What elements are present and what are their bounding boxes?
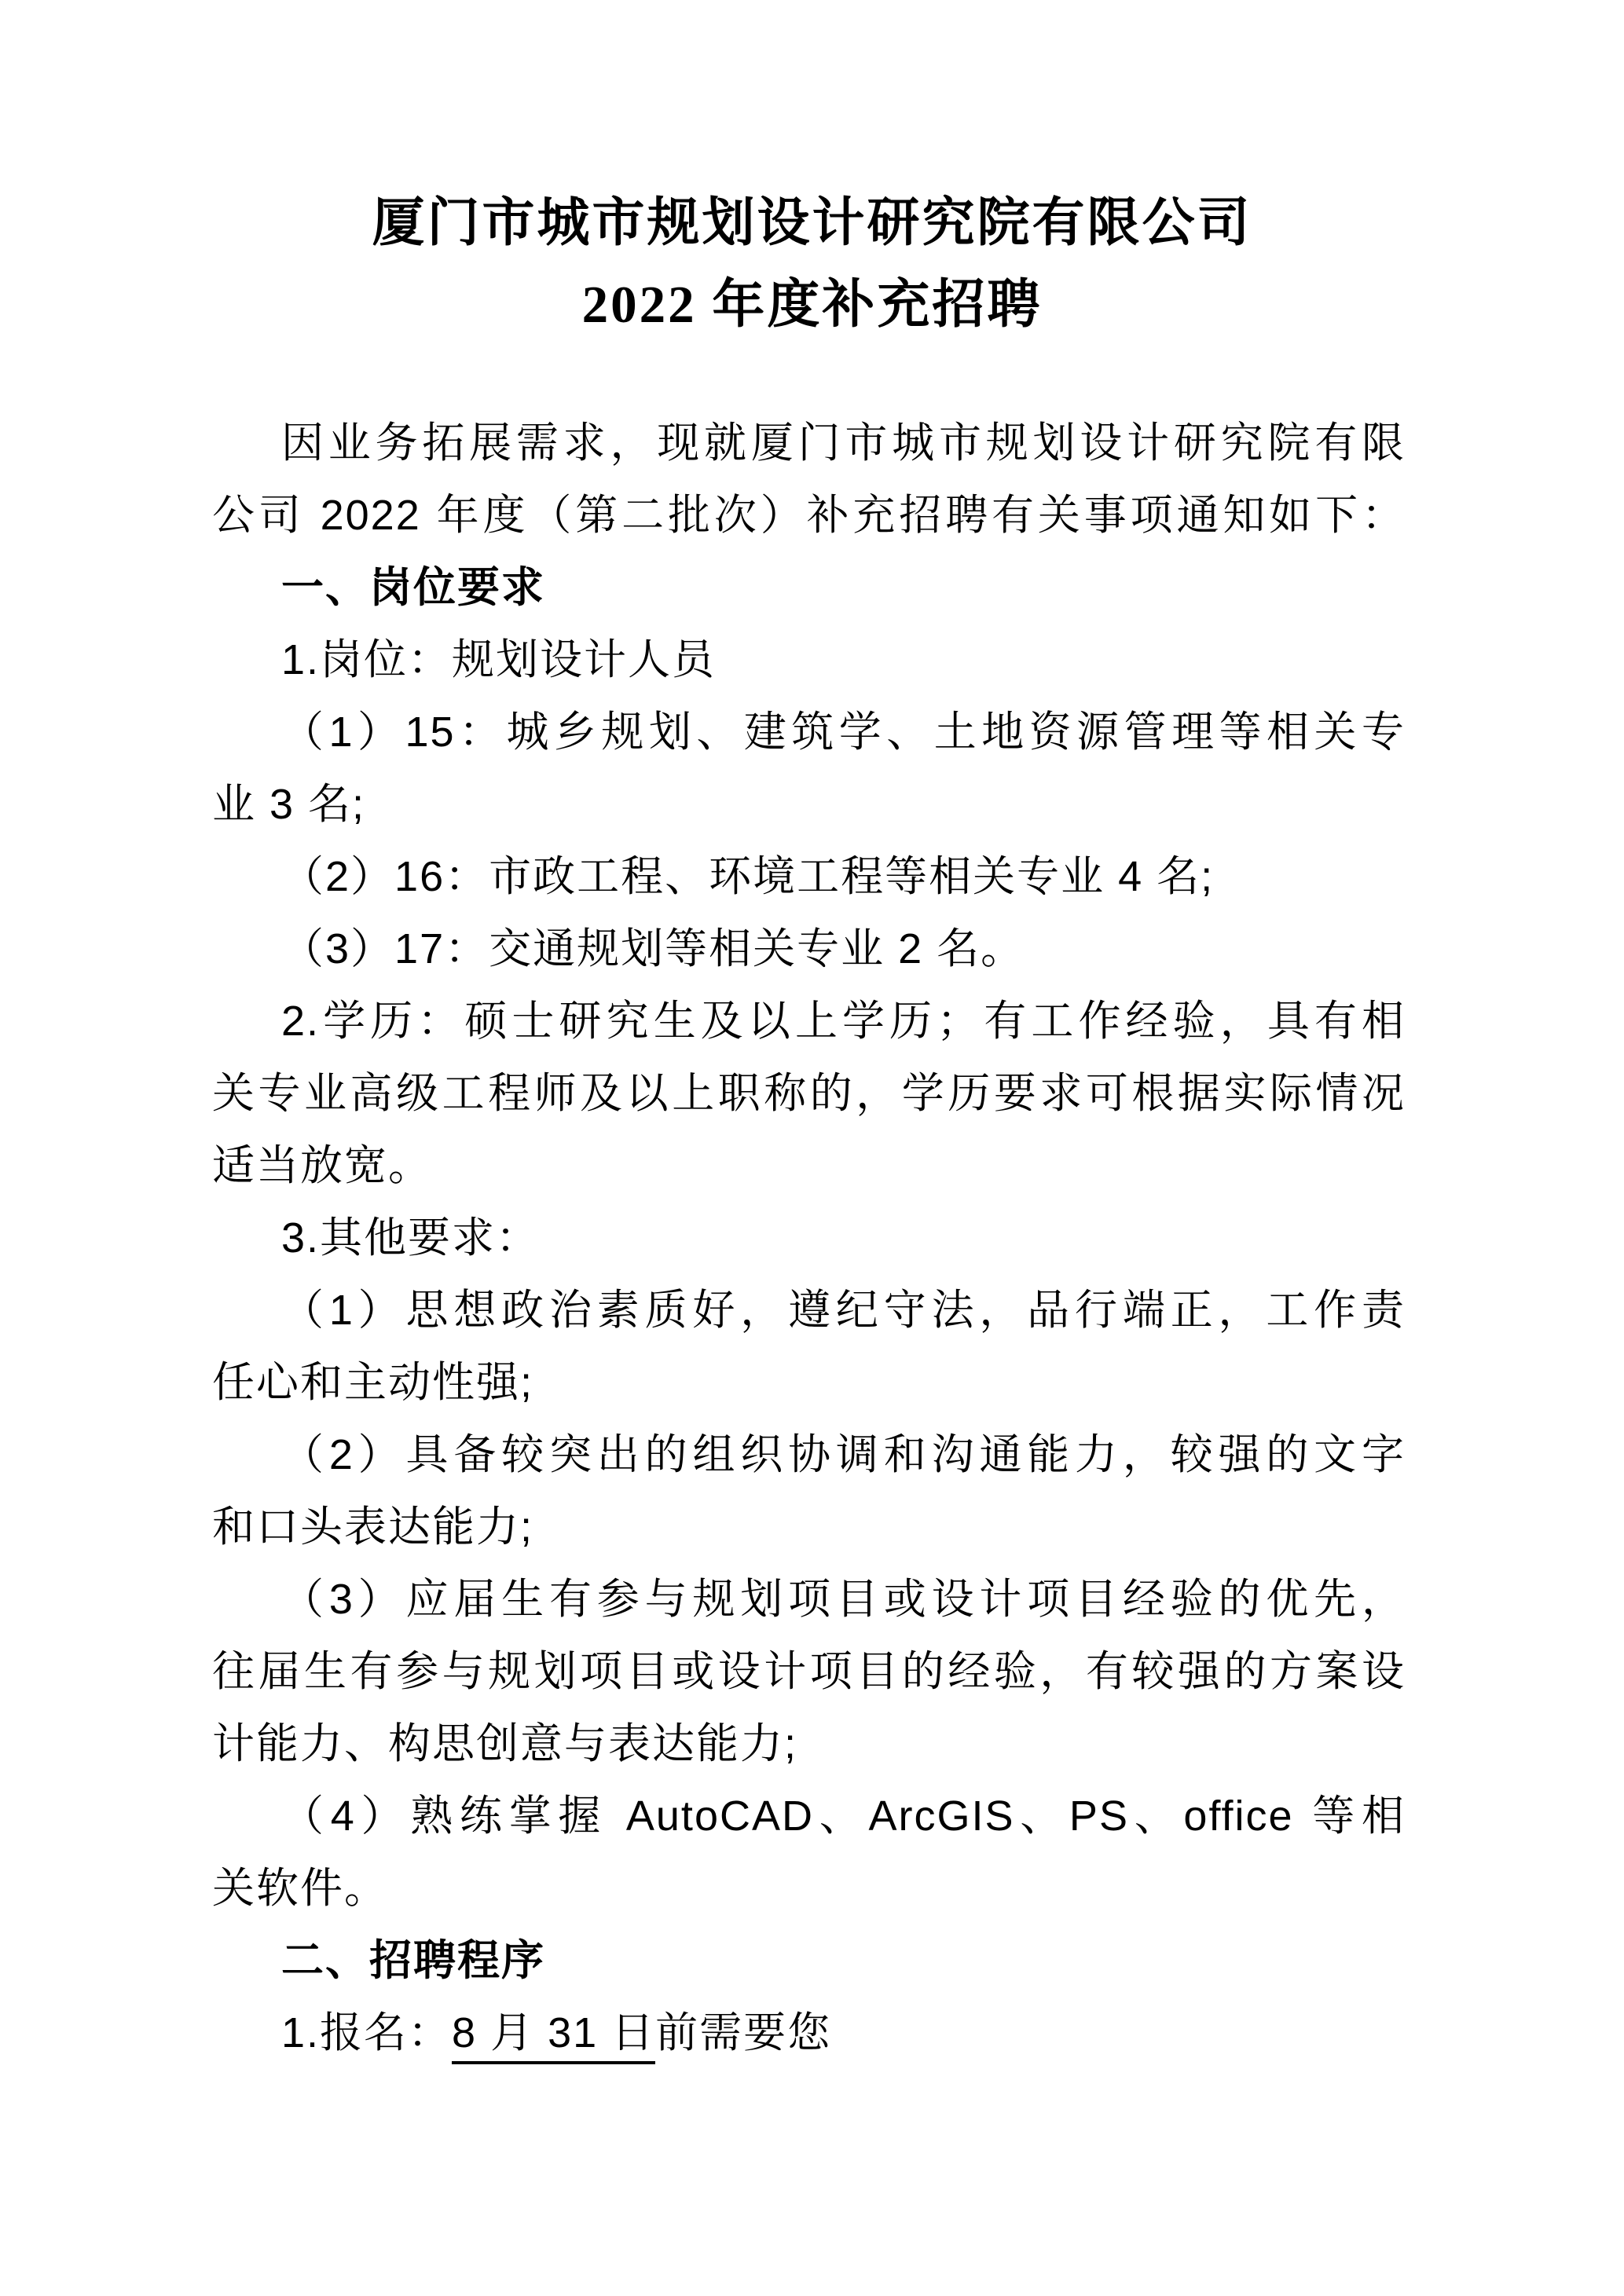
signup-prefix: 1.报名： [281,2009,452,2056]
document-page: 厦门市城市规划设计研究院有限公司 2022 年度补充招聘 因业务拓展需求，现就厦… [0,0,1624,2296]
intro-paragraph: 因业务拓展需求，现就厦门市城市规划设计研究院有限 公司 2022 年度（第二批次… [212,407,1406,551]
position-sub2-line: （2）16：市政工程、环境工程等相关专业 4 名; [212,840,1406,913]
document-title: 厦门市城市规划设计研究院有限公司 2022 年度补充招聘 [0,0,1624,346]
signup-deadline-date: 8 月 31 日 [452,2009,655,2064]
signup-suffix: 前需要您 [655,2009,831,2056]
other-sub1-line: （1）思想政治素质好，遵纪守法，品行端正，工作责 [212,1274,1406,1346]
other-sub4-line: 关软件。 [212,1852,1406,1924]
document-body: 因业务拓展需求，现就厦门市城市规划设计研究院有限 公司 2022 年度（第二批次… [0,407,1624,2069]
position-sub3-line: （3）17：交通规划等相关专业 2 名。 [212,913,1406,985]
education-item-line: 关专业高级工程师及以上职称的，学历要求可根据实际情况 [212,1057,1406,1130]
section2-heading: 二、招聘程序 [212,1924,1406,1997]
title-line-2: 2022 年度补充招聘 [0,264,1624,346]
other-item-line: 3.其他要求： [212,1202,1406,1274]
other-sub1-line: 任心和主动性强; [212,1346,1406,1419]
position-sub1-line: （1）15：城乡规划、建筑学、土地资源管理等相关专 [212,696,1406,768]
other-sub2-line: （2）具备较突出的组织协调和沟通能力，较强的文字 [212,1419,1406,1491]
title-line-1: 厦门市城市规划设计研究院有限公司 [0,182,1624,264]
intro-line: 公司 2022 年度（第二批次）补充招聘有关事项通知如下： [212,479,1406,551]
position-sub1-line: 业 3 名; [212,768,1406,840]
education-item-line: 2.学历：硕士研究生及以上学历；有工作经验，具有相 [212,985,1406,1057]
education-item-line: 适当放宽。 [212,1130,1406,1202]
position-item-line: 1.岗位：规划设计人员 [212,624,1406,696]
other-sub2-line: 和口头表达能力; [212,1491,1406,1563]
signup-item-line: 1.报名：8 月 31 日前需要您 [212,1997,1406,2069]
other-sub3-line: 计能力、构思创意与表达能力; [212,1708,1406,1780]
section1-heading: 一、岗位要求 [212,551,1406,624]
intro-line: 因业务拓展需求，现就厦门市城市规划设计研究院有限 [212,407,1406,479]
other-sub4-line: （4）熟练掌握 AutoCAD、ArcGIS、PS、office 等相 [212,1780,1406,1852]
section-position-requirements: 一、岗位要求 1.岗位：规划设计人员 （1）15：城乡规划、建筑学、土地资源管理… [212,551,1406,1924]
other-sub3-line: 往届生有参与规划项目或设计项目的经验，有较强的方案设 [212,1635,1406,1708]
other-sub3-line: （3）应届生有参与规划项目或设计项目经验的优先， [212,1563,1406,1635]
section-recruitment-procedure: 二、招聘程序 1.报名：8 月 31 日前需要您 [212,1924,1406,2069]
